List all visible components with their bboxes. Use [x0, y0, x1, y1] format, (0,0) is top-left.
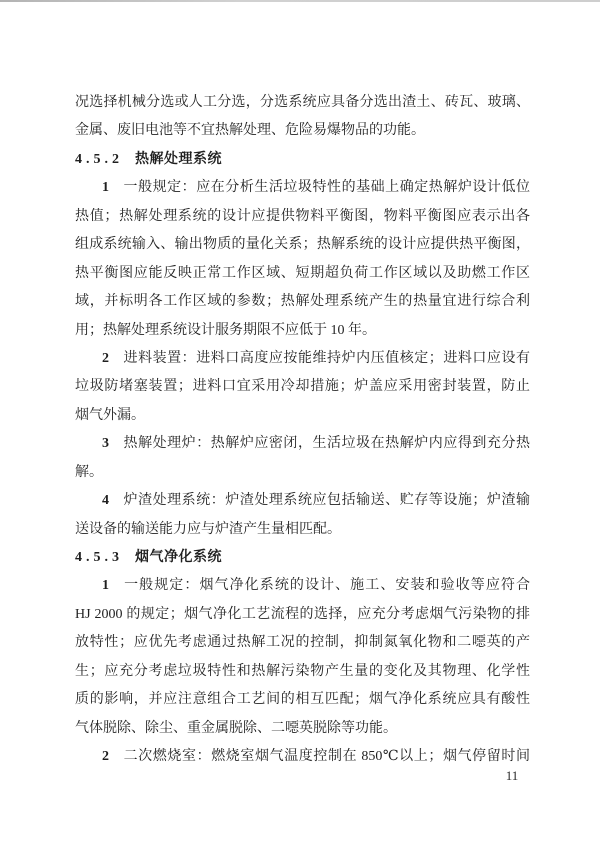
text-line: 生；应充分考虑垃圾特性和热解污染物产生量的变化及其物理、化学性: [75, 658, 530, 686]
numbered-item-line: 2进料装置：进料口高度应按能维持炉内压值核定；进料口应设有: [75, 345, 530, 373]
numbered-item-line: 1一般规定：烟气净化系统的设计、施工、安装和验收等应符合: [75, 572, 530, 600]
line-text: 域，并标明各工作区域的参数；热解处理系统产生的热量宜进行综合利: [75, 294, 530, 309]
text-line: 组成系统输入、输出物质的量化关系；热解系统的设计应提供热平衡图，: [75, 231, 530, 259]
text-line: 金属、废旧电池等不宜热解处理、危险易爆物品的功能。: [75, 117, 530, 145]
section-heading: 4.5.3烟气净化系统: [75, 544, 530, 572]
line-text: HJ 2000 的规定；烟气净化工艺流程的选择，应充分考虑烟气污染物的排: [75, 607, 530, 622]
line-text: 炉渣处理系统：炉渣处理系统应包括输送、贮存等设施；炉渣输: [123, 493, 530, 508]
line-text: 热平衡图应能反映正常工作区域、短期超负荷工作区域以及助燃工作区: [75, 266, 530, 281]
text-line: 放特性；应优先考虑通过热解工况的控制，抑制氮氧化物和二噁英的产: [75, 629, 530, 657]
heading-title: 热解处理系统: [135, 152, 222, 167]
item-number: 1: [102, 180, 109, 195]
clause-number: 4.5.2: [75, 152, 123, 167]
item-number: 1: [102, 578, 109, 593]
item-number: 2: [102, 351, 109, 366]
item-number: 3: [102, 436, 109, 451]
line-text: 热解处理炉：热解炉应密闭，生活垃圾在热解炉内应得到充分热: [123, 436, 530, 451]
line-text: 送设备的输送能力应与炉渣产生量相匹配。: [75, 522, 341, 537]
text-block: 况选择机械分选或人工分选，分选系统应具备分选出渣土、砖瓦、玻璃、金属、废旧电池等…: [75, 89, 530, 772]
scan-edge-artifact: [0, 0, 600, 2]
line-text: 金属、废旧电池等不宜热解处理、危险易爆物品的功能。: [75, 123, 425, 138]
line-text: 气体脱除、除尘、重金属脱除、二噁英脱除等功能。: [75, 721, 397, 736]
text-line: 烟气外漏。: [75, 402, 530, 430]
text-line: 送设备的输送能力应与炉渣产生量相匹配。: [75, 516, 530, 544]
line-text: 放特性；应优先考虑通过热解工况的控制，抑制氮氧化物和二噁英的产: [75, 635, 530, 650]
line-text: 烟气外漏。: [75, 408, 145, 423]
line-text: 一般规定：烟气净化系统的设计、施工、安装和验收等应符合: [123, 578, 530, 593]
text-line: 热值；热解处理系统的设计应提供物料平衡图，物料平衡图应表示出各: [75, 203, 530, 231]
clause-number: 4.5.3: [75, 550, 123, 565]
text-line: 热平衡图应能反映正常工作区域、短期超负荷工作区域以及助燃工作区: [75, 260, 530, 288]
text-line: HJ 2000 的规定；烟气净化工艺流程的选择，应充分考虑烟气污染物的排: [75, 601, 530, 629]
line-text: 况选择机械分选或人工分选，分选系统应具备分选出渣土、砖瓦、玻璃、: [75, 95, 530, 110]
numbered-item-line: 3热解处理炉：热解炉应密闭，生活垃圾在热解炉内应得到充分热: [75, 430, 530, 458]
line-text: 二次燃烧室：燃烧室烟气温度控制在 850℃以上；烟气停留时间: [123, 749, 530, 764]
item-number: 2: [102, 749, 109, 764]
text-line: 垃圾防堵塞装置；进料口宜采用冷却措施；炉盖应采用密封装置，防止: [75, 373, 530, 401]
text-line: 解。: [75, 459, 530, 487]
line-text: 组成系统输入、输出物质的量化关系；热解系统的设计应提供热平衡图，: [75, 237, 530, 252]
line-text: 一般规定：应在分析生活垃圾特性的基础上确定热解炉设计低位: [123, 180, 530, 195]
item-number: 4: [102, 493, 109, 508]
numbered-item-line: 4炉渣处理系统：炉渣处理系统应包括输送、贮存等设施；炉渣输: [75, 487, 530, 515]
heading-title: 烟气净化系统: [135, 550, 222, 565]
section-heading: 4.5.2热解处理系统: [75, 146, 530, 174]
line-text: 生；应充分考虑垃圾特性和热解污染物产生量的变化及其物理、化学性: [75, 664, 530, 679]
line-text: 用；热解处理系统设计服务期限不应低于 10 年。: [75, 323, 376, 338]
text-line: 用；热解处理系统设计服务期限不应低于 10 年。: [75, 317, 530, 345]
numbered-item-line: 1一般规定：应在分析生活垃圾特性的基础上确定热解炉设计低位: [75, 174, 530, 202]
text-line: 气体脱除、除尘、重金属脱除、二噁英脱除等功能。: [75, 715, 530, 743]
line-text: 解。: [75, 465, 103, 480]
numbered-item-line: 2二次燃烧室：燃烧室烟气温度控制在 850℃以上；烟气停留时间: [75, 743, 530, 771]
line-text: 垃圾防堵塞装置；进料口宜采用冷却措施；炉盖应采用密封装置，防止: [75, 379, 530, 394]
text-line: 况选择机械分选或人工分选，分选系统应具备分选出渣土、砖瓦、玻璃、: [75, 89, 530, 117]
line-text: 质的影响，并应注意组合工艺间的相互匹配；烟气净化系统应具有酸性: [75, 692, 530, 707]
text-line: 质的影响，并应注意组合工艺间的相互匹配；烟气净化系统应具有酸性: [75, 686, 530, 714]
page-number: 11: [500, 768, 524, 784]
line-text: 进料装置：进料口高度应按能维持炉内压值核定；进料口应设有: [123, 351, 530, 366]
text-line: 域，并标明各工作区域的参数；热解处理系统产生的热量宜进行综合利: [75, 288, 530, 316]
document-page: 况选择机械分选或人工分选，分选系统应具备分选出渣土、砖瓦、玻璃、金属、废旧电池等…: [0, 0, 600, 848]
line-text: 热值；热解处理系统的设计应提供物料平衡图，物料平衡图应表示出各: [75, 209, 530, 224]
